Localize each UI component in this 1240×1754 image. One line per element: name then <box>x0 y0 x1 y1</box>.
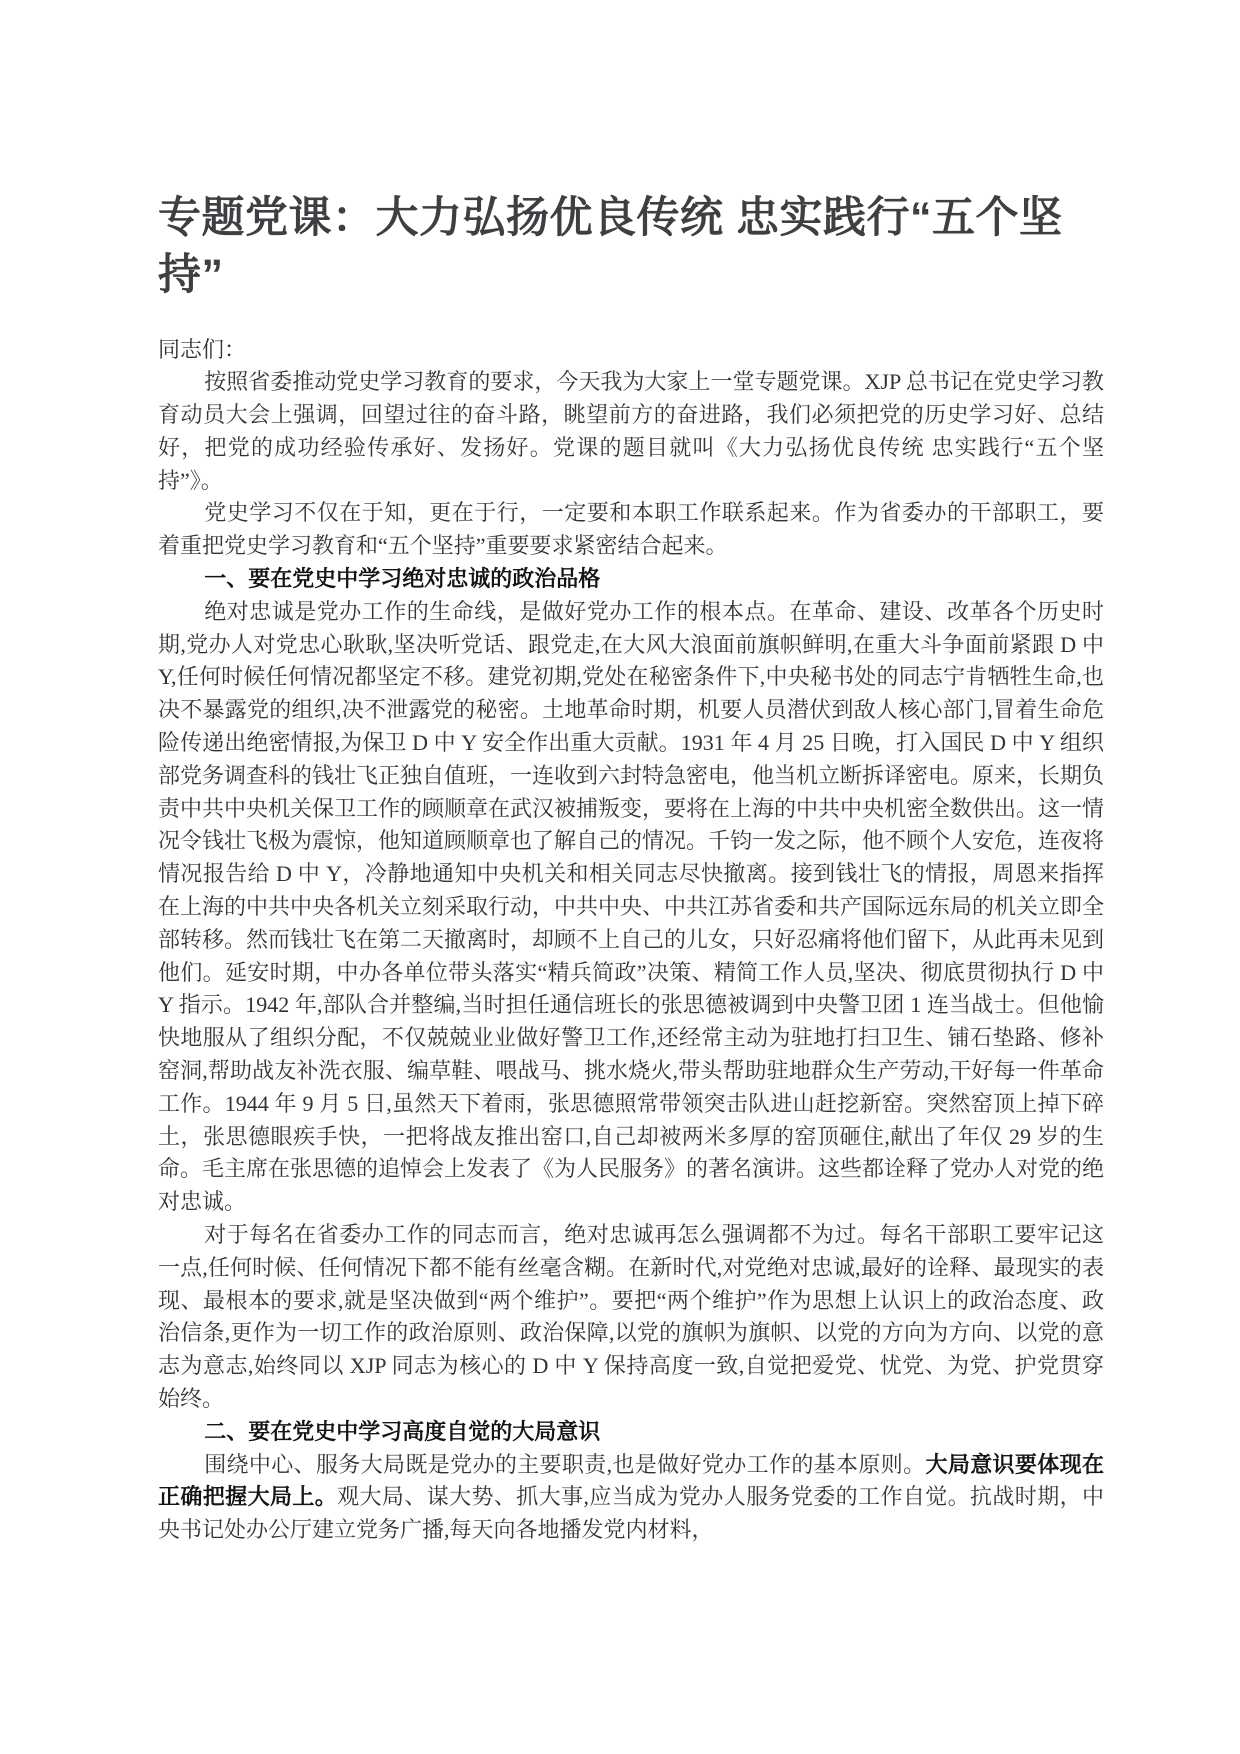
intro-paragraph-2: 党史学习不仅在于知，更在于行，一定要和本职工作联系起来。作为省委办的干部职工，要… <box>158 497 1104 563</box>
section-2-lead-text: 围绕中心、服务大局既是党办的主要职责,也是做好党办工作的基本原则。 <box>204 1452 925 1477</box>
document-page: 专题党课：大力弘扬优良传统 忠实践行“五个坚持” 同志们： 按照省委推动党史学习… <box>0 0 1240 1754</box>
salutation: 同志们： <box>158 334 1104 367</box>
section-1-paragraph-2: 对于每名在省委办工作的同志而言，绝对忠诚再怎么强调都不为过。每名干部职工要牢记这… <box>158 1219 1104 1416</box>
section-1-paragraph-1: 绝对忠诚是党办工作的生命线，是做好党办工作的根本点。在革命、建设、改革各个历史时… <box>158 596 1104 1219</box>
section-2-paragraph-1: 围绕中心、服务大局既是党办的主要职责,也是做好党办工作的基本原则。大局意识要体现… <box>158 1449 1104 1547</box>
document-title: 专题党课：大力弘扬优良传统 忠实践行“五个坚持” <box>158 190 1104 304</box>
section-2-heading: 二、要在党史中学习高度自觉的大局意识 <box>158 1416 1104 1449</box>
section-1-heading: 一、要在党史中学习绝对忠诚的政治品格 <box>158 563 1104 596</box>
intro-paragraph-1: 按照省委推动党史学习教育的要求，今天我为大家上一堂专题党课。XJP 总书记在党史… <box>158 366 1104 497</box>
